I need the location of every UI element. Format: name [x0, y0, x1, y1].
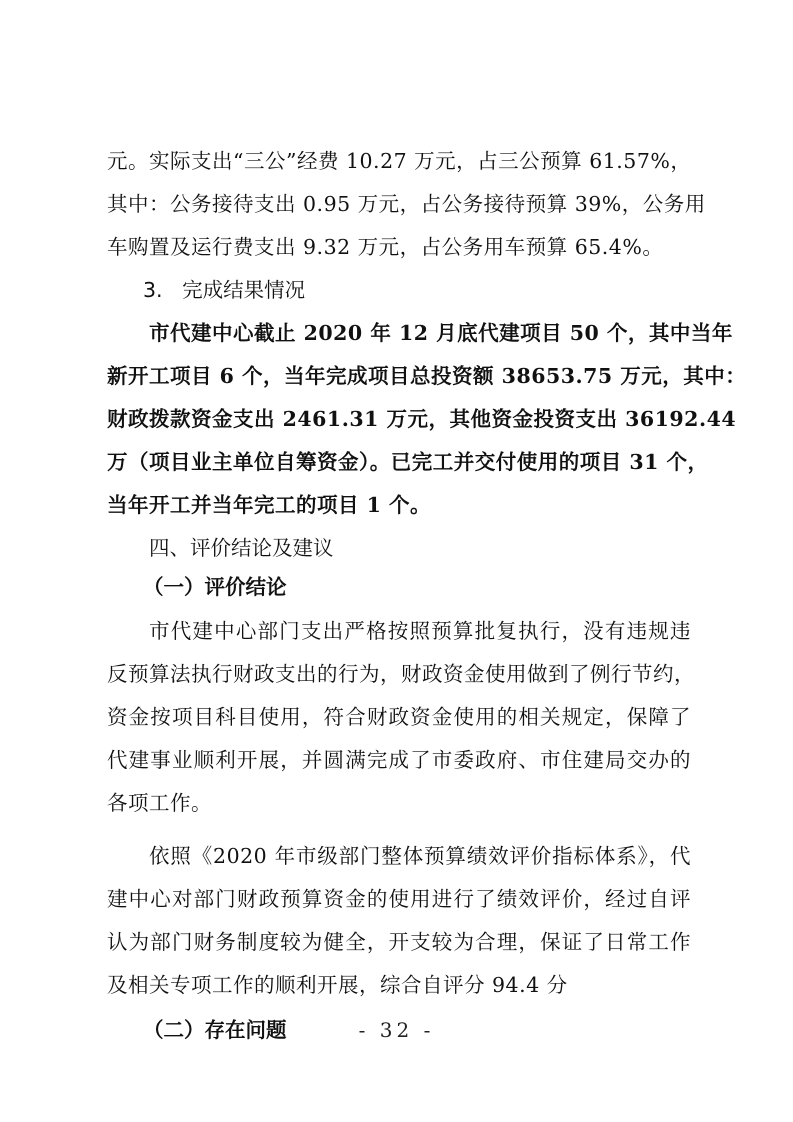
text-line: 市代建中心部门支出严格按照预算批复执行，没有违规违 — [107, 610, 691, 653]
paragraph-completion-results: 市代建中心截止 2020 年 12 月底代建项目 50 个，其中当年 新开工项目… — [107, 312, 691, 527]
text-line: 及相关专项工作的顺利开展，综合自评分 94.4 分 — [107, 964, 691, 1007]
section-4-heading: 四、评价结论及建议 — [107, 527, 691, 570]
text-line: 依照《2020 年市级部门整体预算绩效评价指标体系》，代 — [107, 835, 691, 878]
text-line: 当年开工并当年完工的项目 1 个。 — [107, 484, 691, 527]
text-line: 资金按项目科目使用，符合财政资金使用的相关规定，保障了 — [107, 696, 691, 739]
text-line: 万（项目业主单位自筹资金）。已完工并交付使用的项目 31 个， — [107, 441, 691, 484]
text-line: 元。实际支出“三公”经费 10.27 万元，占三公预算 61.57%， — [107, 140, 691, 183]
text-line: 反预算法执行财政支出的行为，财政资金使用做到了例行节约， — [107, 653, 691, 696]
text-line: 建中心对部门财政预算资金的使用进行了绩效评价，经过自评 — [107, 878, 691, 921]
text-line: 认为部门财务制度较为健全，开支较为合理，保证了日常工作 — [107, 921, 691, 964]
subsection-evaluation-conclusion-heading: （一）评价结论 — [107, 570, 691, 604]
text-line: 其中：公务接待支出 0.95 万元，占公务接待预算 39%，公务用 — [107, 183, 691, 226]
text-line: 新开工项目 6 个，当年完成项目总投资额 38653.75 万元，其中： — [107, 355, 691, 398]
text-line: 车购置及运行费支出 9.32 万元，占公务用车预算 65.4%。 — [107, 226, 691, 269]
text-line: 各项工作。 — [107, 782, 691, 825]
document-body: 元。实际支出“三公”经费 10.27 万元，占三公预算 61.57%， 其中：公… — [107, 140, 691, 1052]
page-number: - 32 - — [0, 1018, 793, 1042]
text-line: 市代建中心截止 2020 年 12 月底代建项目 50 个，其中当年 — [107, 312, 691, 355]
paragraph-three-public-expenses: 元。实际支出“三公”经费 10.27 万元，占三公预算 61.57%， 其中：公… — [107, 140, 691, 269]
spacer — [107, 825, 691, 835]
text-line: 财政拨款资金支出 2461.31 万元，其他资金投资支出 36192.44 — [107, 398, 691, 441]
paragraph-evaluation-conclusion: 市代建中心部门支出严格按照预算批复执行，没有违规违 反预算法执行财政支出的行为，… — [107, 610, 691, 825]
paragraph-self-evaluation: 依照《2020 年市级部门整体预算绩效评价指标体系》，代 建中心对部门财政预算资… — [107, 835, 691, 1007]
text-line: 代建事业顺利开展，并圆满完成了市委政府、市住建局交办的 — [107, 739, 691, 782]
document-page: 元。实际支出“三公”经费 10.27 万元，占三公预算 61.57%， 其中：公… — [0, 0, 793, 1122]
section-3-heading: 3. 完成结果情况 — [107, 269, 691, 312]
